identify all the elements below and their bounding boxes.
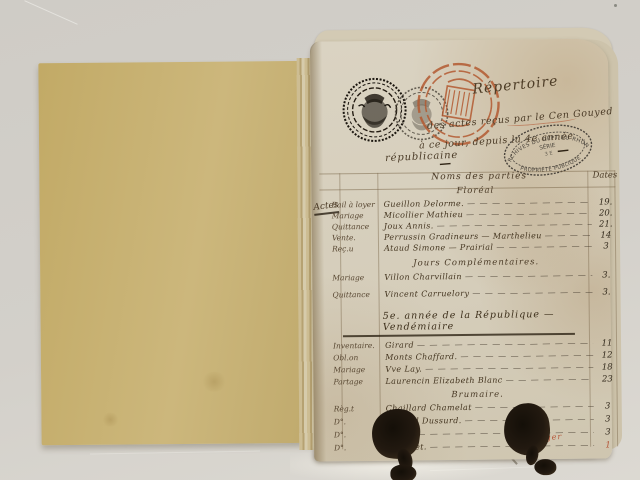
dash-ruling: — — — — — — — — — — — — — — — — — — — — [457, 351, 593, 361]
date-value: 3 [594, 414, 622, 424]
heavy-ink-rule [343, 333, 575, 337]
table-row: Quittance Vincent Carruelory — — — — — —… [332, 287, 620, 307]
date-value: 3. [592, 270, 620, 280]
dash-ruling: — — — — — — — — — — — — — — — — — — — — [434, 220, 592, 231]
register-table: Noms des parties Dates Floréal Bail à lo… [331, 166, 622, 456]
column-header-dates: Dates [593, 170, 618, 180]
party-name: Girard [379, 341, 414, 350]
party-name: Joux Annis. [378, 221, 434, 231]
party-name: Laurencin Elizabeth Blanc [379, 376, 502, 386]
date-value: 11 [593, 338, 621, 348]
act-label: Partage [333, 377, 379, 386]
date-value: 3 [594, 401, 622, 411]
act-label: Bail à loyer [332, 200, 378, 209]
rows-vendemiaire: Inventaire. Girard — — — — — — — — — — —… [333, 338, 621, 389]
date-value: 3 [592, 241, 620, 251]
year-section-title: 5e. année de la République — Vendémiaire [383, 308, 621, 332]
dash-ruling: — — — — — — — — — — — — — — — — — — — — [542, 231, 592, 241]
act-label: Mariage [332, 273, 378, 282]
gutter-shadow [310, 41, 326, 461]
date-value: 12 [593, 350, 621, 360]
date-value: 18 [593, 362, 621, 372]
date-value: 21. [592, 219, 620, 229]
act-label: Inventaire. [333, 341, 379, 350]
dash-ruling: — — — — — — — — — — — — — — — — — — — — [422, 363, 593, 374]
folder-page [38, 61, 319, 445]
column-header-names: Noms des parties [431, 171, 527, 182]
party-name: Villon Charvillain [378, 272, 462, 282]
date-value: 14 [592, 230, 620, 240]
act-label: Quittance [332, 290, 378, 299]
folder-stain [101, 413, 119, 427]
stamp-series-number: 3 E [544, 150, 553, 157]
act-label: Quittance [332, 222, 378, 231]
date-value: 3 [594, 427, 622, 437]
date-value: 3. [592, 287, 620, 297]
date-value: 20. [592, 208, 620, 218]
date-value: 23 [593, 374, 621, 384]
party-name: Perrussin Gradineurs — Marthelieu [378, 231, 542, 242]
party-name: Gueillon Delorme. [378, 199, 465, 209]
ink-blot [534, 459, 556, 475]
rows-floreal: Bail à loyer Gueillon Delorme. — — — — —… [332, 197, 621, 255]
act-label: Obl.on [333, 353, 379, 362]
party-name: Vincent Carruelory [378, 289, 469, 299]
dash-ruling: — — — — — — — — — — — — — — — — — — — — [463, 209, 592, 219]
manuscript-page-stack: Répertoire des actes reçus par le Cen Go… [306, 23, 623, 464]
dash-ruling: — — — — — — — — — — — — — — — — — — — — [414, 339, 593, 350]
party-name: Vve Lay. [379, 364, 422, 373]
party-name: Ataud Simone — Prairial [378, 243, 493, 253]
ink-blot [390, 465, 416, 480]
date-value: 19. [592, 197, 620, 207]
act-label: Règ.t [334, 404, 380, 413]
surface-scratch [90, 451, 260, 455]
folder-stain [201, 372, 227, 392]
date-value: 1 [594, 440, 622, 450]
party-name: Monts Chaffard. [379, 352, 457, 362]
dash-ruling: — — — — — — — — — — — — — — — — — — — — [469, 288, 592, 298]
party-name: Micollier Mathieu [378, 210, 463, 220]
dash-ruling: — — — — — — — — — — — — — — — — — — — — [503, 375, 594, 385]
act-label: Reç.u [332, 244, 378, 253]
dash-ruling: — — — — — — — — — — — — — — — — — — — — [462, 271, 593, 281]
act-label: Mariage [332, 211, 378, 220]
photograph-surface: Répertoire des actes reçus par le Cen Go… [0, 0, 640, 480]
act-label: Vente. [332, 233, 378, 242]
dash-ruling: — — — — — — — — — — — — — — — — — — — — [493, 242, 592, 252]
surface-speck [614, 4, 617, 7]
dash-ruling: — — — — — — — — — — — — — — — — — — — — [464, 198, 592, 208]
rows-jours-complementaires: Mariage Villon Charvillain — — — — — — —… [332, 270, 620, 307]
act-label: Mariage [333, 365, 379, 374]
manuscript-page: Répertoire des actes reçus par le Cen Go… [310, 38, 612, 461]
surface-scratch [24, 0, 77, 25]
